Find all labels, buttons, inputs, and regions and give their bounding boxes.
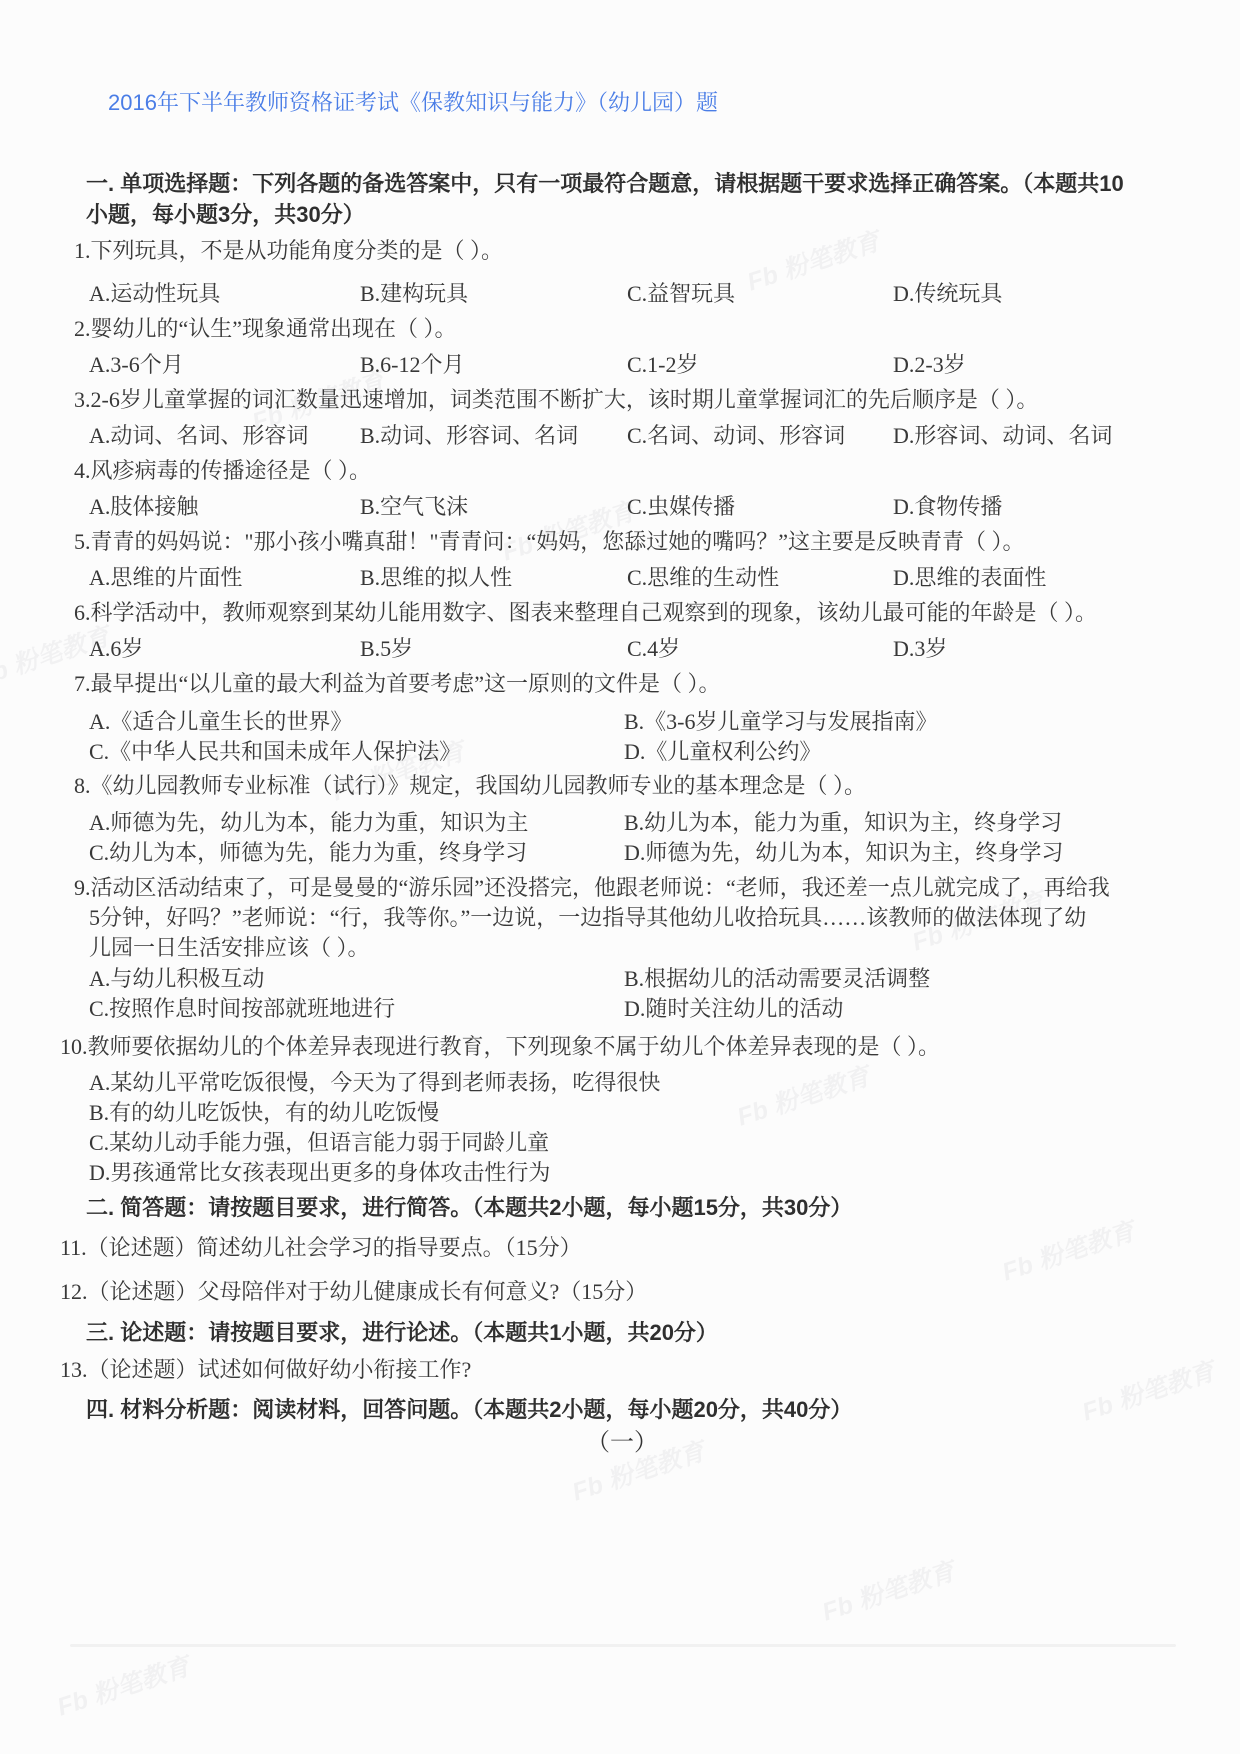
q9-stem-line1: 9.活动区活动结束了，可是曼曼的“游乐园”还没搭完，他跟老师说：“老师，我还差一… xyxy=(74,873,1180,903)
q8-option-d: D.师德为先，幼儿为本，知识为主，终身学习 xyxy=(624,838,1180,868)
q10-stem: 10.教师要依据幼儿的个体差异表现进行教育，下列现象不属于幼儿个体差异表现的是（… xyxy=(60,1032,1180,1062)
q1-option-c: C.益智玩具 xyxy=(627,279,893,309)
q1-options: A.运动性玩具 B.建构玩具 C.益智玩具 D.传统玩具 xyxy=(89,279,1180,309)
q9-option-c: C.按照作息时间按部就班地进行 xyxy=(89,994,624,1024)
q1-stem: 1.下列玩具，不是从功能角度分类的是（ ）。 xyxy=(74,236,1180,266)
q9-option-b: B.根据幼儿的活动需要灵活调整 xyxy=(624,964,1180,994)
q5-option-d: D.思维的表面性 xyxy=(893,563,1180,593)
q7-stem: 7.最早提出“以儿童的最大利益为首要考虑”这一原则的文件是（ ）。 xyxy=(74,669,1180,699)
page-title: 2016年下半年教师资格证考试《保教知识与能力》（幼儿园）题 xyxy=(108,88,1180,118)
material-part-label: （一） xyxy=(64,1425,1180,1461)
q9-options-row1: A.与幼儿积极互动 B.根据幼儿的活动需要灵活调整 xyxy=(89,964,1180,994)
q4-option-b: B.空气飞沫 xyxy=(360,492,627,522)
q7-option-c: C.《中华人民共和国未成年人保护法》 xyxy=(89,737,624,767)
q3-option-b: B.动词、形容词、名词 xyxy=(360,421,627,451)
q5-option-b: B.思维的拟人性 xyxy=(360,563,627,593)
q1-option-d: D.传统玩具 xyxy=(893,279,1180,309)
q4-stem: 4.风疹病毒的传播途径是（ ）。 xyxy=(74,456,1180,486)
q3-option-c: C.名词、动词、形容词 xyxy=(627,421,893,451)
watermark: Fb 粉笔教育 xyxy=(55,1654,193,1720)
section-3-heading: 三. 论述题：请按题目要求，进行论述。（本题共1小题，共20分） xyxy=(86,1317,1180,1348)
q5-options: A.思维的片面性 B.思维的拟人性 C.思维的生动性 D.思维的表面性 xyxy=(89,563,1180,593)
q7-option-a: A.《适合儿童生长的世界》 xyxy=(89,707,624,737)
q6-option-b: B.5岁 xyxy=(360,634,627,664)
q3-stem: 3.2-6岁儿童掌握的词汇数量迅速增加，词类范围不断扩大，该时期儿童掌握词汇的先… xyxy=(74,385,1180,415)
q13-stem: 13.（论述题）试述如何做好幼小衔接工作? xyxy=(60,1355,1180,1385)
q9-stem-line2: 5分钟，好吗？”老师说：“行，我等你。”一边说，一边指导其他幼儿收拾玩具……该教… xyxy=(89,903,1180,933)
q3-option-d: D.形容词、动词、名词 xyxy=(893,421,1180,451)
q8-options-row2: C.幼儿为本，师德为先，能力为重，终身学习 D.师德为先，幼儿为本，知识为主，终… xyxy=(89,838,1180,868)
q8-option-c: C.幼儿为本，师德为先，能力为重，终身学习 xyxy=(89,838,624,868)
q9-option-d: D.随时关注幼儿的活动 xyxy=(624,994,1180,1024)
q10-option-a: A.某幼儿平常吃饭很慢，今天为了得到老师表扬，吃得很快 xyxy=(89,1068,1180,1098)
q10-option-d: D.男孩通常比女孩表现出更多的身体攻击性行为 xyxy=(89,1158,1180,1188)
section-divider xyxy=(70,1644,1176,1647)
q2-option-b: B.6-12个月 xyxy=(360,350,627,380)
q8-stem: 8.《幼儿园教师专业标准（试行）》规定，我国幼儿园教师专业的基本理念是（ ）。 xyxy=(74,771,1180,801)
q4-option-d: D.食物传播 xyxy=(893,492,1180,522)
q2-stem: 2.婴幼儿的“认生”现象通常出现在（ ）。 xyxy=(74,314,1180,344)
q5-option-c: C.思维的生动性 xyxy=(627,563,893,593)
q2-option-a: A.3-6个月 xyxy=(89,350,360,380)
q7-option-b: B.《3-6岁儿童学习与发展指南》 xyxy=(624,707,1180,737)
q2-options: A.3-6个月 B.6-12个月 C.1-2岁 D.2-3岁 xyxy=(89,350,1180,380)
q1-option-a: A.运动性玩具 xyxy=(89,279,360,309)
q8-options-row1: A.师德为先，幼儿为本，能力为重，知识为主 B.幼儿为本，能力为重，知识为主，终… xyxy=(89,808,1180,838)
q8-option-a: A.师德为先，幼儿为本，能力为重，知识为主 xyxy=(89,808,624,838)
section-1-heading-line1: 一. 单项选择题：下列各题的备选答案中，只有一项最符合题意，请根据题干要求选择正… xyxy=(86,168,1180,199)
q10-option-c: C.某幼儿动手能力强，但语言能力弱于同龄儿童 xyxy=(89,1128,1180,1158)
q6-option-a: A.6岁 xyxy=(89,634,360,664)
q8-option-b: B.幼儿为本，能力为重，知识为主，终身学习 xyxy=(624,808,1180,838)
q9-options-row2: C.按照作息时间按部就班地进行 D.随时关注幼儿的活动 xyxy=(89,994,1180,1024)
q12-stem: 12.（论述题）父母陪伴对于幼儿健康成长有何意义?（15分） xyxy=(60,1277,1180,1307)
section-4-heading: 四. 材料分析题：阅读材料，回答问题。（本题共2小题，每小题20分，共40分） xyxy=(86,1394,1180,1425)
q11-stem: 11.（论述题）简述幼儿社会学习的指导要点。（15分） xyxy=(60,1233,1180,1263)
q4-options: A.肢体接触 B.空气飞沫 C.虫媒传播 D.食物传播 xyxy=(89,492,1180,522)
q4-option-c: C.虫媒传播 xyxy=(627,492,893,522)
q6-option-c: C.4岁 xyxy=(627,634,893,664)
q9-option-a: A.与幼儿积极互动 xyxy=(89,964,624,994)
exam-page: 2016年下半年教师资格证考试《保教知识与能力》（幼儿园）题 一. 单项选择题：… xyxy=(0,0,1240,1647)
q3-option-a: A.动词、名词、形容词 xyxy=(89,421,360,451)
q5-stem: 5.青青的妈妈说："那小孩小嘴真甜！"青青问：“妈妈，您舔过她的嘴吗？”这主要是… xyxy=(74,527,1180,557)
q3-options: A.动词、名词、形容词 B.动词、形容词、名词 C.名词、动词、形容词 D.形容… xyxy=(89,421,1180,451)
q4-option-a: A.肢体接触 xyxy=(89,492,360,522)
q10-options: A.某幼儿平常吃饭很慢，今天为了得到老师表扬，吃得很快 B.有的幼儿吃饭快，有的… xyxy=(89,1068,1180,1188)
q6-option-d: D.3岁 xyxy=(893,634,1180,664)
q6-stem: 6.科学活动中，教师观察到某幼儿能用数字、图表来整理自己观察到的现象，该幼儿最可… xyxy=(74,598,1180,628)
q9-stem-line3: 儿园一日生活安排应该（ ）。 xyxy=(89,933,1180,963)
q6-options: A.6岁 B.5岁 C.4岁 D.3岁 xyxy=(89,634,1180,664)
q7-options-row1: A.《适合儿童生长的世界》 B.《3-6岁儿童学习与发展指南》 xyxy=(89,707,1180,737)
q10-option-b: B.有的幼儿吃饭快，有的幼儿吃饭慢 xyxy=(89,1098,1180,1128)
q2-option-c: C.1-2岁 xyxy=(627,350,893,380)
q9-stem: 9.活动区活动结束了，可是曼曼的“游乐园”还没搭完，他跟老师说：“老师，我还差一… xyxy=(74,873,1180,963)
section-2-heading: 二. 简答题：请按题目要求，进行简答。（本题共2小题，每小题15分，共30分） xyxy=(86,1192,1180,1223)
section-1-heading-line2: 小题，每小题3分，共30分） xyxy=(86,199,1180,230)
q5-option-a: A.思维的片面性 xyxy=(89,563,360,593)
section-1-heading: 一. 单项选择题：下列各题的备选答案中，只有一项最符合题意，请根据题干要求选择正… xyxy=(86,168,1180,230)
q7-options-row2: C.《中华人民共和国未成年人保护法》 D.《儿童权利公约》 xyxy=(89,737,1180,767)
q1-option-b: B.建构玩具 xyxy=(360,279,627,309)
q7-option-d: D.《儿童权利公约》 xyxy=(624,737,1180,767)
q2-option-d: D.2-3岁 xyxy=(893,350,1180,380)
